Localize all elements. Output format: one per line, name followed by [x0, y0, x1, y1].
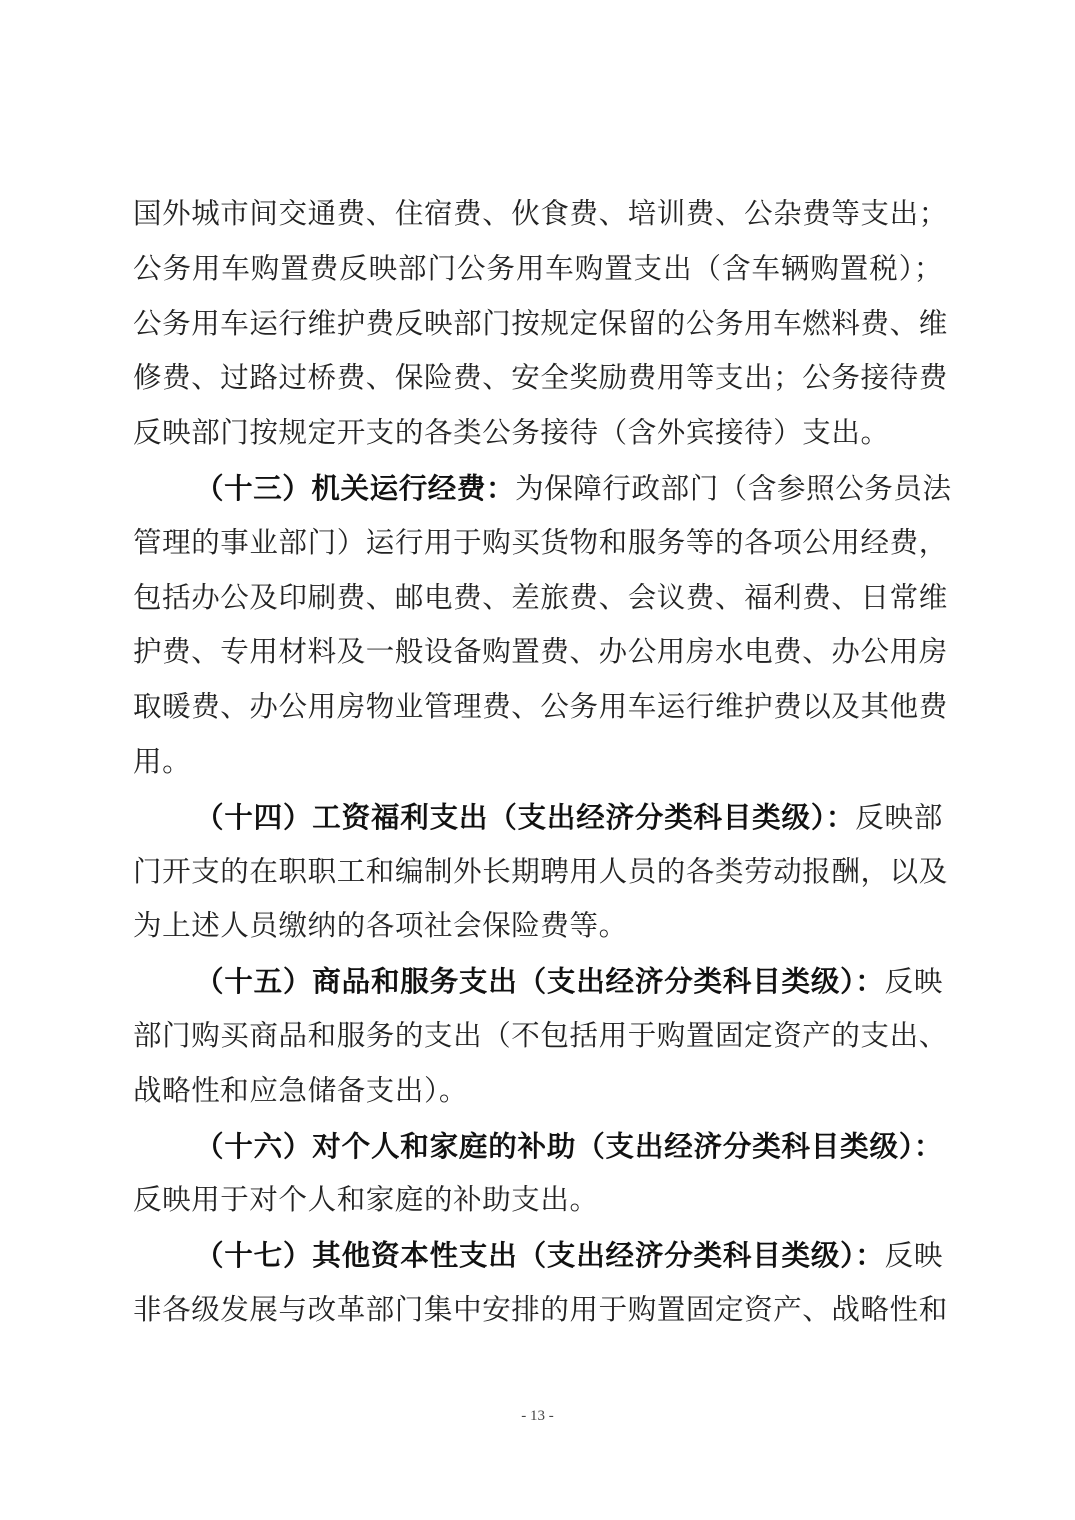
paragraph-line: 用。 — [133, 735, 943, 790]
paragraph-line: 国外城市间交通费、住宿费、伙食费、培训费、公杂费等支出； — [133, 187, 943, 242]
paragraph-line: 反映用于对个人和家庭的补助支出。 — [133, 1173, 943, 1228]
paragraph-line: 战略性和应急储备支出）。 — [133, 1064, 943, 1119]
section-15-first-line: （十五）商品和服务支出（支出经济分类科目类级）：反映 — [133, 954, 943, 1009]
paragraph-line: 包括办公及印刷费、邮电费、差旅费、会议费、福利费、日常维 — [133, 571, 943, 626]
page-number: - 13 - — [0, 1408, 1075, 1425]
section-heading: （十六）对个人和家庭的补助（支出经济分类科目类级）： — [195, 1129, 943, 1163]
paragraph-line: 部门购买商品和服务的支出（不包括用于购置固定资产的支出、 — [133, 1009, 943, 1064]
section-16-first-line: （十六）对个人和家庭的补助（支出经济分类科目类级）： — [133, 1119, 943, 1174]
section-14-first-line: （十四）工资福利支出（支出经济分类科目类级）：反映部 — [133, 790, 943, 845]
paragraph-line: 修费、过路过桥费、保险费、安全奖励费用等支出；公务接待费 — [133, 351, 943, 406]
paragraph-line: 反映部门按规定开支的各类公务接待（含外宾接待）支出。 — [133, 406, 943, 461]
document-page: 国外城市间交通费、住宿费、伙食费、培训费、公杂费等支出； 公务用车购置费反映部门… — [133, 187, 943, 1338]
paragraph-line: 门开支的在职职工和编制外长期聘用人员的各类劳动报酬，以及 — [133, 845, 943, 900]
section-heading: （十四）工资福利支出（支出经济分类科目类级）： — [195, 800, 855, 834]
paragraph-line: 为上述人员缴纳的各项社会保险费等。 — [133, 899, 943, 954]
paragraph-line: 非各级发展与改革部门集中安排的用于购置固定资产、战略性和 — [133, 1283, 943, 1338]
paragraph-line: 公务用车运行维护费反映部门按规定保留的公务用车燃料费、维 — [133, 297, 943, 352]
paragraph-line: 取暖费、办公用房物业管理费、公务用车运行维护费以及其他费 — [133, 680, 943, 735]
section-heading: （十三）机关运行经费： — [195, 471, 515, 505]
paragraph-line: 公务用车购置费反映部门公务用车购置支出（含车辆购置税）； — [133, 242, 943, 297]
section-13-first-line: （十三）机关运行经费：为保障行政部门（含参照公务员法 — [133, 461, 943, 516]
paragraph-line: 护费、专用材料及一般设备购置费、办公用房水电费、办公用房 — [133, 625, 943, 680]
section-heading: （十七）其他资本性支出（支出经济分类科目类级）： — [195, 1238, 885, 1272]
section-heading: （十五）商品和服务支出（支出经济分类科目类级）： — [195, 964, 885, 998]
section-17-first-line: （十七）其他资本性支出（支出经济分类科目类级）：反映 — [133, 1228, 943, 1283]
paragraph-line: 管理的事业部门）运行用于购买货物和服务等的各项公用经费， — [133, 516, 943, 571]
